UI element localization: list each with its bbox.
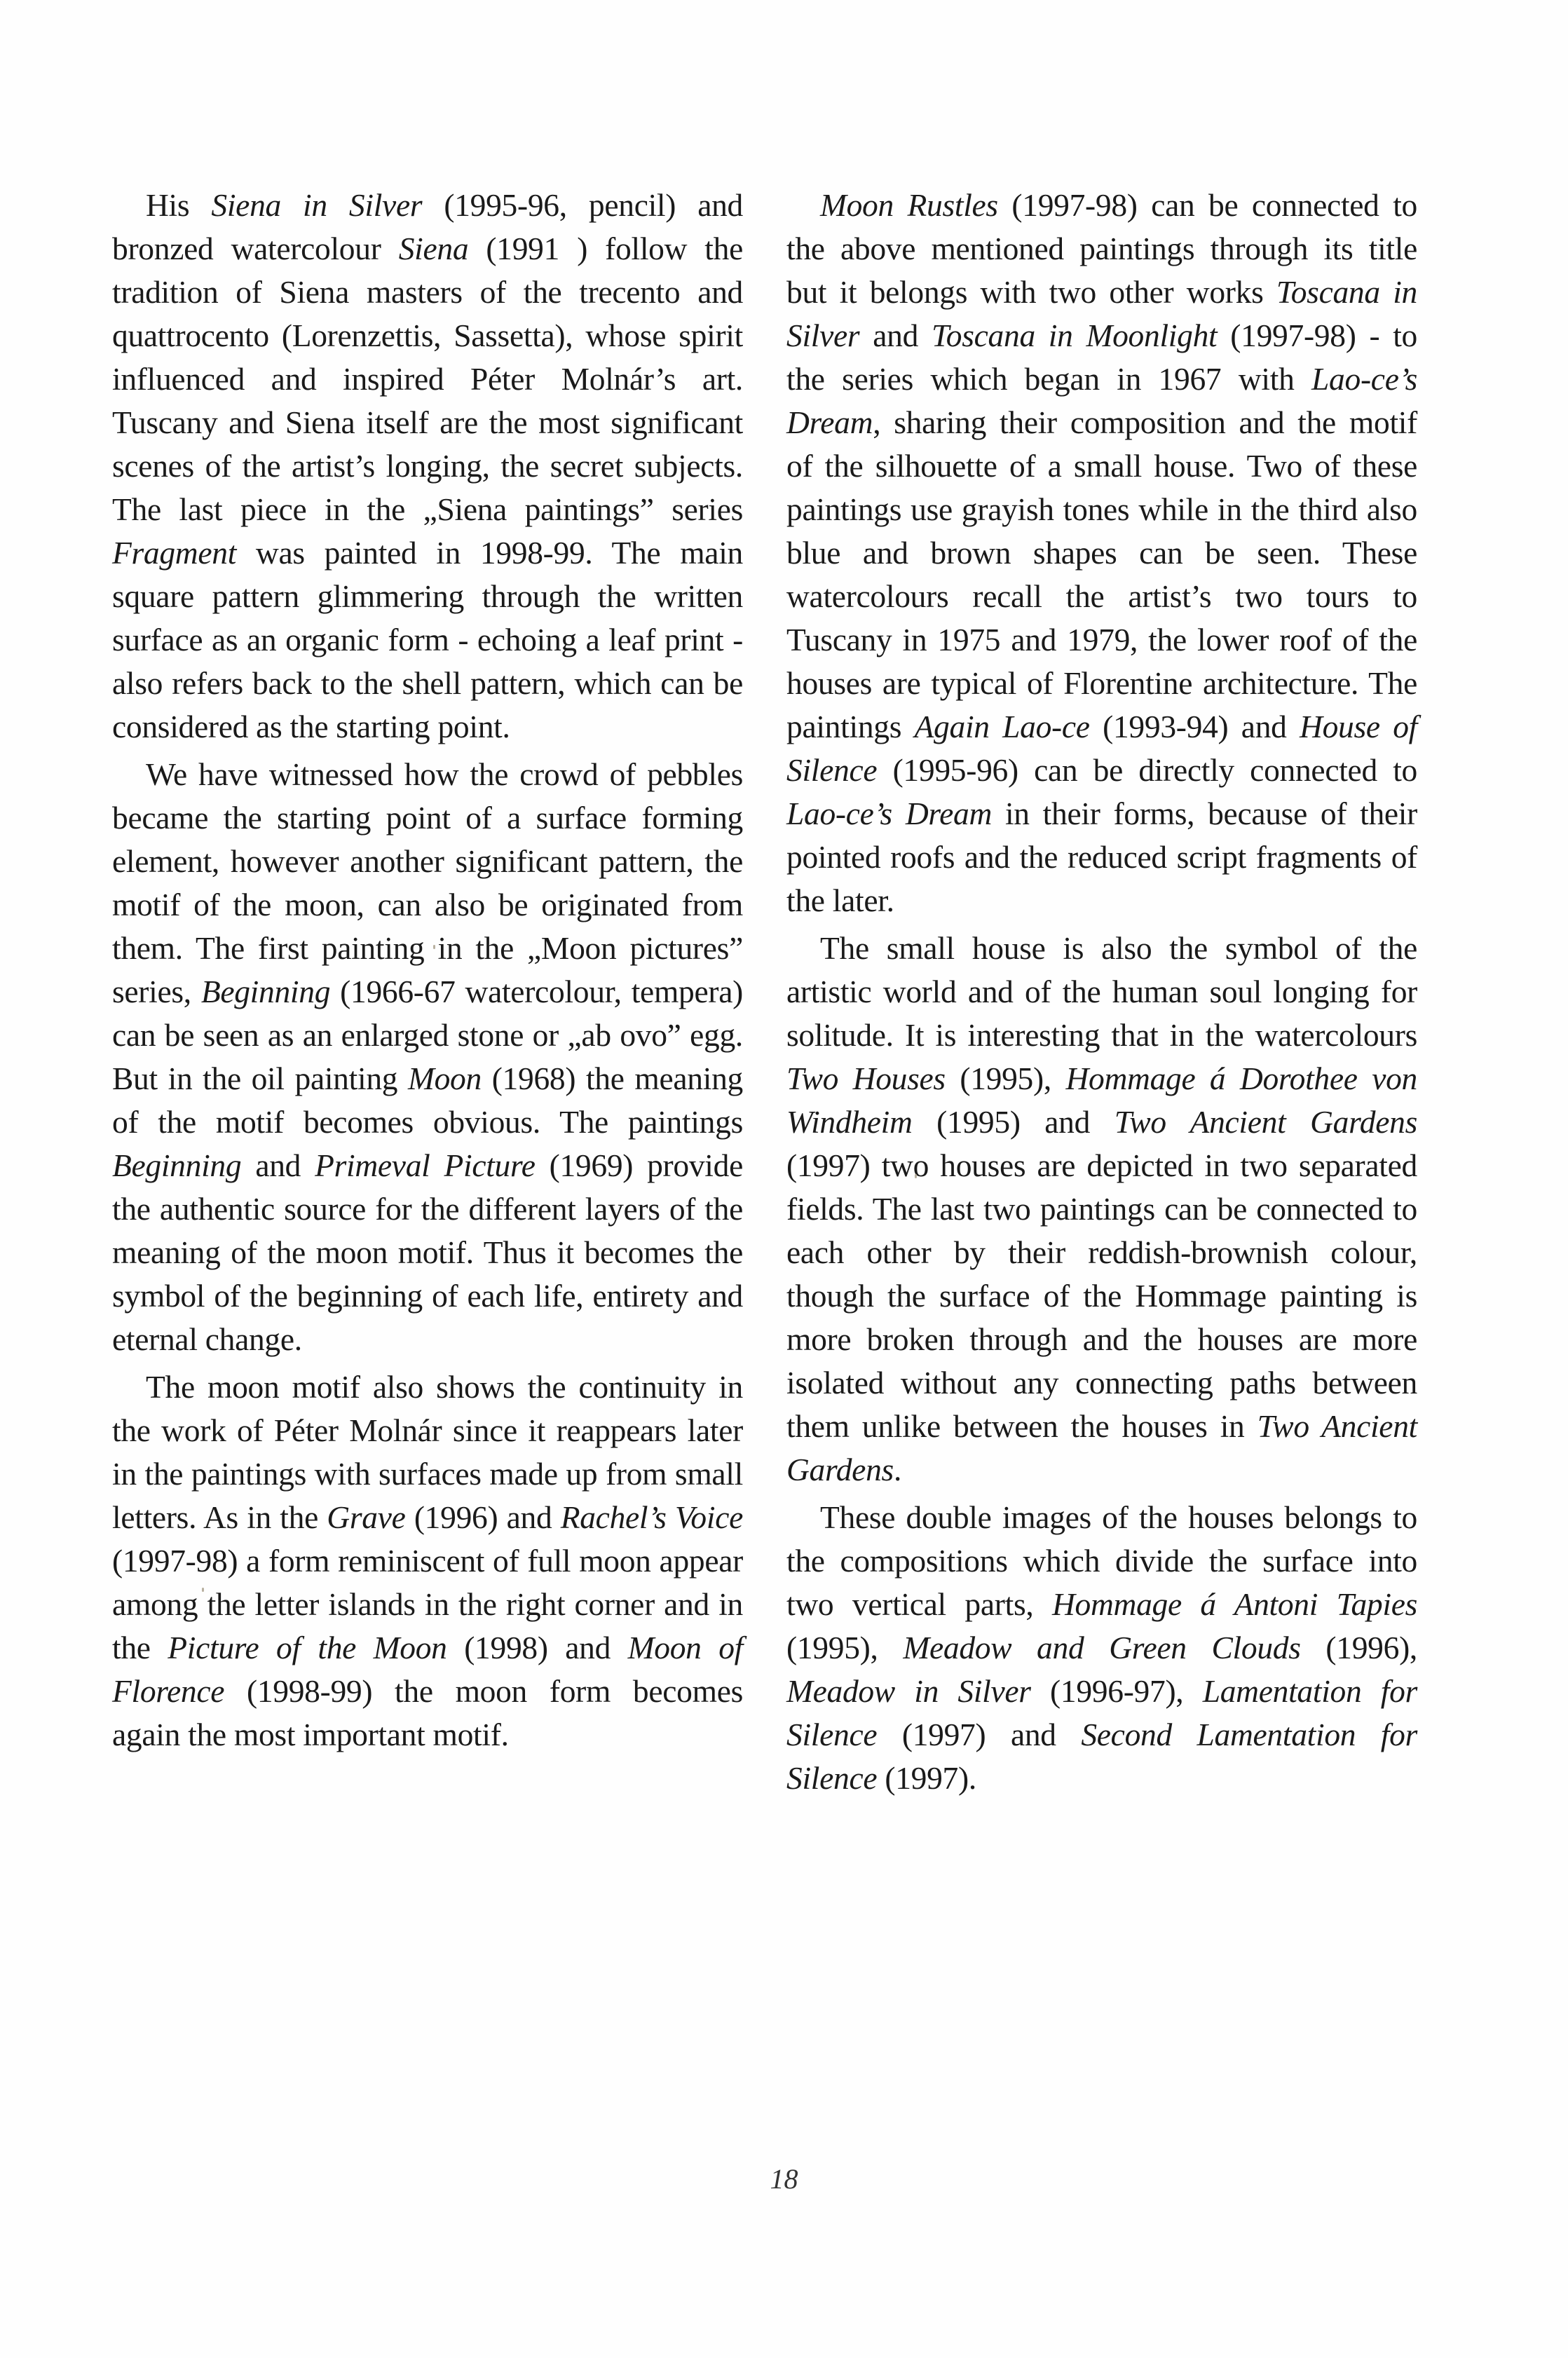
body-text: We have witnessed how the crowd of pebbl… [112,756,743,1009]
artwork-title: Grave [327,1499,405,1535]
paragraph: The small house is also the symbol of th… [786,927,1417,1492]
body-text: , sharing their composition and the moti… [786,404,1417,744]
body-text: (1996-97), [1031,1673,1203,1709]
scan-speck [202,1588,204,1592]
body-text: and [859,318,932,353]
artwork-title: Fragment [112,535,236,571]
artwork-title: Lao-ce’s Dream [786,796,992,831]
body-text: (1995), [946,1061,1066,1096]
body-text: (1996), [1301,1630,1417,1665]
artwork-title: Picture of the Moon [168,1630,446,1665]
body-text: and [241,1147,315,1183]
right-column: Moon Rustles (1997-98) can be connected … [786,184,1417,1804]
artwork-title: Beginning [201,974,330,1009]
paragraph: The moon motif also shows the conti­nuit… [112,1365,743,1757]
body-text: (1995-96) can be directly connected to [877,752,1417,788]
artwork-title: Two Houses [786,1061,946,1096]
body-text: (1993-94) and [1090,709,1300,744]
artwork-title: Primeval Picture [315,1147,536,1183]
artwork-title: Tosca­na in Moonlight [932,318,1217,353]
scan-speck [433,945,435,949]
body-text: . [894,1452,901,1487]
paragraph: His Siena in Silver (1995-96, pencil) an… [112,184,743,749]
body-text: (1991 ) follow the tradition of Siena ma… [112,231,743,527]
artwork-title: Again Lao-ce [915,709,1090,744]
body-text: (1997) and [877,1717,1081,1752]
artwork-title: Meadow in Silver [786,1673,1031,1709]
body-text: The small house is also the symbol of th… [786,930,1417,1053]
artwork-title: Moon Rustles [820,187,998,223]
artwork-title: Meadow and Green Clouds [903,1630,1300,1665]
artwork-title: Moon [408,1061,482,1096]
artwork-title: Two Ancient Gardens [1114,1104,1417,1140]
artwork-title: Siena [399,231,469,266]
paragraph: We have witnessed how the crowd of pebbl… [112,753,743,1361]
body-text: (1998) and [447,1630,628,1665]
body-text: (1997) two houses are depicted in two se… [786,1147,1417,1444]
body-text: (1995), [786,1630,903,1665]
paragraph: Moon Rustles (1997-98) can be connected … [786,184,1417,922]
left-column: His Siena in Silver (1995-96, pencil) an… [112,184,743,1761]
page-number: 18 [0,2162,1568,2195]
artwork-title: Rachel’s Voice [561,1499,743,1535]
scan-speck [915,1174,917,1178]
document-page: His Siena in Silver (1995-96, pencil) an… [0,0,1568,2358]
paragraph: These double images of the houses belong… [786,1496,1417,1800]
artwork-title: Siena in Silver [211,187,422,223]
artwork-title: Hommage á Antoni Tapies [1052,1586,1417,1622]
body-text: (1997). [877,1760,976,1796]
body-text: His [146,187,211,223]
body-text: (1995) and [913,1104,1114,1140]
body-text: (1996) and [406,1499,561,1535]
artwork-title: Beginning [112,1147,241,1183]
